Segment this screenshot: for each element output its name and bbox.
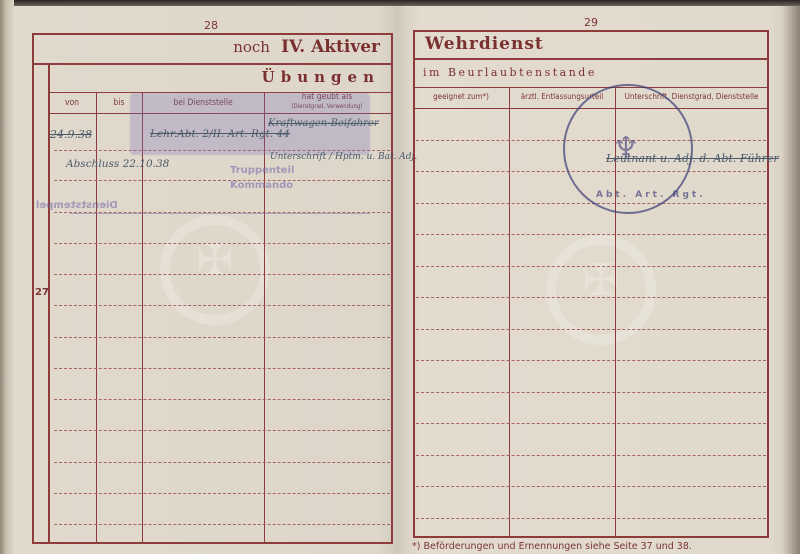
stamp-offset-line3: Dienststempel [36,200,118,211]
right-section-divider [413,87,769,88]
book-left-edge [0,0,14,554]
page-number-right: 29 [584,16,598,29]
page-number-left: 28 [204,19,218,32]
side-number: 27 [35,287,49,298]
round-stamp-text: Abt. Art. Rgt. [596,190,706,200]
stamp-offset-rule [70,213,370,214]
entry-signature-right: Leutnant u. Adj. d. Abt. Führer [606,152,779,165]
section-title-beurlaubtenstande: im Beurlaubtenstande [423,66,597,79]
col-header-geeignet: geeignet zum*) [413,92,509,101]
col-header-von: von [48,98,96,108]
entry-abschluss-date: Abschluss 22.10.38 [66,158,169,170]
book-top-edge [0,0,800,6]
left-header-divider [32,63,393,65]
stamp-offset-line2: Kommando [230,180,293,191]
header-title: IV. Aktiver [281,37,380,57]
entry-geuebt-als: Kraftwagen-Beifahrer [268,116,388,131]
header-prefix: noch [233,38,270,56]
col-divider-dienststelle-geuebt [264,92,265,543]
entry-signature-left: Unterschrift / Hptm. u. Bat. Adj. [270,152,417,162]
section-title-uebungen: Übungen [250,68,380,86]
footnote: *) Beförderungen und Ernennungen siehe S… [412,541,692,552]
col-divider-geeignet-urteil [509,87,510,537]
stamp-offset-line1: Truppenteil [230,165,294,176]
right-header-divider [413,58,769,60]
left-header: noch IV. Aktiver [180,37,380,57]
entry-von-date: 24.9.38 [50,128,92,141]
open-document-spread: 28 ✠ noch IV. Aktiver Übungen von bis be… [0,0,800,554]
header-title-wehrdienst: Wehrdienst [425,34,544,54]
